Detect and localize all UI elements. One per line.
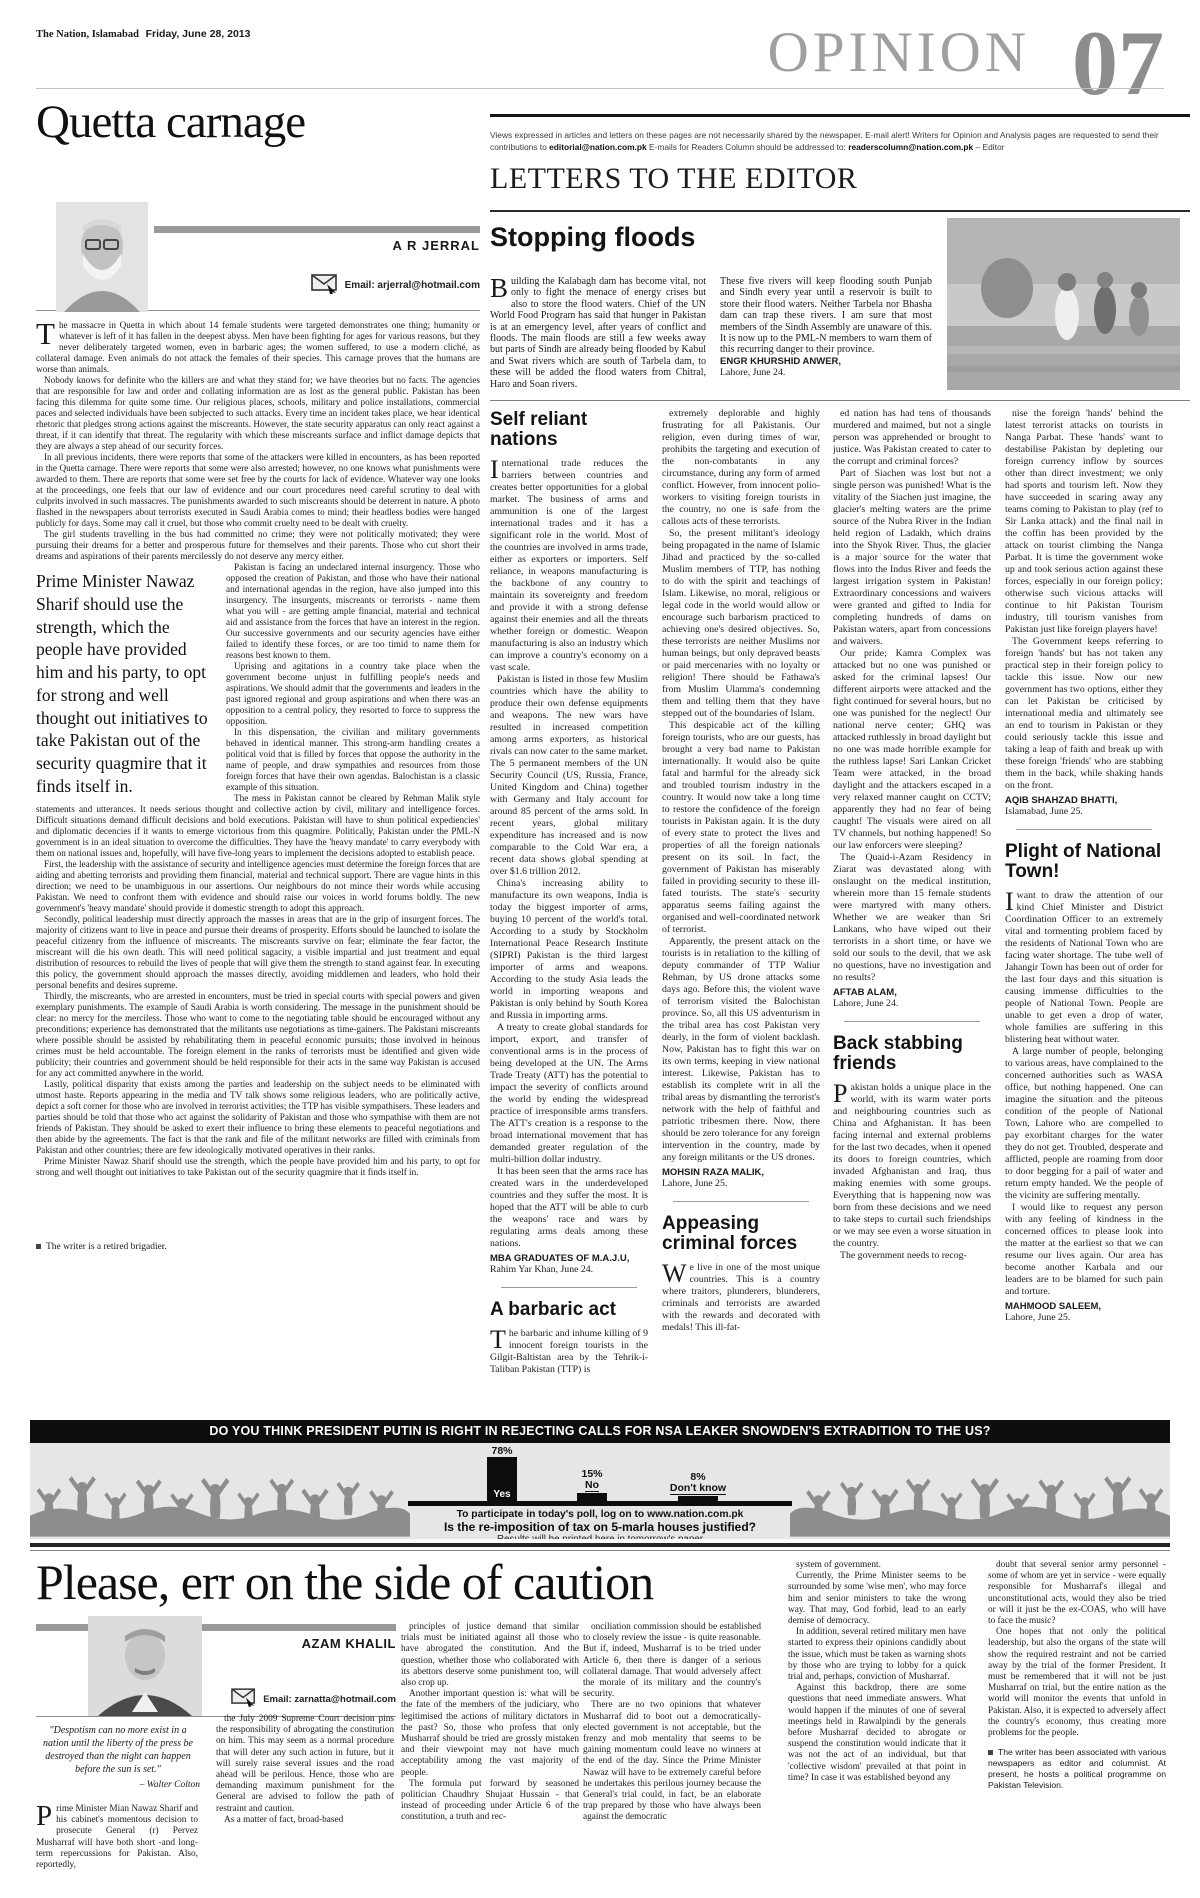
paragraph: principles of justice demand that simila… — [401, 1622, 579, 1689]
square-bullet-icon — [36, 1244, 41, 1249]
poll-bar-group: 15%No — [556, 1469, 628, 1501]
paragraph: As a matter of fact, broad-based — [216, 1815, 394, 1826]
letters-column-1: Self reliant nationsInternational trade … — [490, 408, 648, 1412]
paragraph: In addition, several retired military me… — [788, 1627, 966, 1683]
caution-column-3: principles of justice demand that simila… — [401, 1622, 579, 1898]
paragraph: The massacre in Quetta in which about 14… — [36, 320, 480, 375]
letters-column-3: ed nation has had tens of thousands murd… — [833, 408, 991, 1412]
paragraph: doubt that several senior army personnel… — [988, 1560, 1166, 1627]
email-icon — [311, 274, 339, 297]
poll-participate-note: To participate in today's poll, log on t… — [408, 1509, 792, 1520]
letters-mid-rule — [490, 400, 1190, 401]
paragraph: There are no two opinions that whatever … — [583, 1700, 761, 1823]
letter-signature: MOHSIN RAZA MALIK, — [662, 1167, 820, 1178]
epigraph-attribution: – Walter Colton — [36, 1779, 200, 1792]
editorial-disclaimer: Views expressed in articles and letters … — [490, 130, 1190, 153]
author-photo-khalil — [88, 1616, 202, 1716]
paragraph: Lastly, political disparity that exists … — [36, 1079, 480, 1156]
poll-banner: DO YOU THINK PRESIDENT PUTIN IS RIGHT IN… — [30, 1420, 1170, 1539]
paragraph: Another important question is: what will… — [401, 1689, 579, 1779]
paragraph: A large number of people, belonging to v… — [1005, 1046, 1163, 1202]
letter-signature: AFTAB ALAM, — [833, 987, 991, 998]
article-headline: Please, err on the side of caution — [36, 1556, 781, 1609]
article-quetta-carnage: Quetta carnage A R JERRAL Em — [36, 98, 480, 1260]
poll-bar-group: 78%Yes — [466, 1446, 538, 1501]
crowd-silhouette-right — [790, 1443, 1170, 1539]
caution-column-6: doubt that several senior army personnel… — [988, 1560, 1166, 1898]
author-name: A R JERRAL — [392, 238, 480, 253]
readers-column-email: readerscolumn@nation.com.pk — [848, 142, 973, 152]
flood-photo — [947, 218, 1180, 390]
section-divider-rule — [30, 1543, 1170, 1547]
letter-signature-place: Lahore, June 25. — [1005, 1312, 1163, 1323]
letter-heading: Appeasing criminal forces — [662, 1214, 820, 1254]
poll-bar-label: Yes — [487, 1489, 517, 1500]
paragraph: ed nation has had tens of thousands murd… — [833, 408, 991, 468]
paragraph: Nobody knows for definite who the killer… — [36, 375, 480, 452]
paragraph: Our pride; Kamra Complex was attacked bu… — [833, 648, 991, 852]
letter-heading: A barbaric act — [490, 1300, 648, 1320]
paragraph: Currently, the Prime Minister seems to b… — [788, 1571, 966, 1627]
issue-date: Friday, June 28, 2013 — [146, 28, 251, 40]
paragraph: Part of Siachen was lost but not a singl… — [833, 468, 991, 648]
paragraph: The barbaric and inhume killing of 9 inn… — [490, 1328, 648, 1376]
paragraph: The Government keeps referring to foreig… — [1005, 636, 1163, 792]
paragraph: the July 2009 Supreme Court decision pin… — [216, 1714, 394, 1815]
writer-footnote: The writer has been associated with vari… — [988, 1747, 1166, 1791]
caution-column-2: the July 2009 Supreme Court decision pin… — [216, 1714, 394, 1898]
author-photo-jerral — [56, 202, 148, 312]
letter-divider — [673, 1201, 809, 1202]
epigraph-quote: "Despotism can no more exist in a nation… — [36, 1724, 200, 1792]
poll-bar-label: Don't know — [670, 1483, 726, 1495]
letter-heading: Self reliant nations — [490, 410, 648, 450]
letter-heading: Back stabbing friends — [833, 1034, 991, 1074]
poll-bar — [577, 1493, 607, 1501]
letter-signature-place: Islamabad, June 25. — [1005, 806, 1163, 817]
poll-bar-group: 8%Don't know — [646, 1472, 750, 1501]
section-divider-rule-thin — [30, 1550, 1170, 1551]
letters-title: LETTERS TO THE EDITOR — [490, 162, 857, 196]
article-headline: Quetta carnage — [36, 98, 480, 147]
paragraph: Prime Minister Mian Nawaz Sharif and his… — [36, 1804, 198, 1871]
writer-footnote: The writer is a retired brigadier. — [36, 1242, 167, 1252]
poll-bar: Yes — [487, 1457, 517, 1501]
letter-signature: AQIB SHAHZAD BHATTI, — [1005, 795, 1163, 806]
poll-bar-chart: 78%Yes15%No8%Don't know — [408, 1445, 792, 1501]
paragraph: system of government. — [788, 1560, 966, 1571]
poll-bar-value: 78% — [491, 1446, 512, 1457]
paragraph: The government needs to recog- — [833, 1250, 991, 1262]
poll-bar — [678, 1496, 718, 1501]
caution-column-5: system of government.Currently, the Prim… — [788, 1560, 966, 1898]
lead-letter-column-1: Building the Kalabagh dam has become vit… — [490, 276, 706, 398]
poll-band: 78%Yes15%No8%Don't know To participate i… — [30, 1443, 1170, 1539]
crowd-silhouette-left — [30, 1443, 410, 1539]
paragraph: This despicable act of the killing forei… — [662, 720, 820, 936]
paragraph: International trade reduces the barriers… — [490, 458, 648, 674]
paragraph: Thirdly, the miscreants, who are arreste… — [36, 991, 480, 1079]
masthead: The Nation, Islamabad Friday, June 28, 2… — [36, 28, 250, 40]
header-rule — [36, 88, 1164, 89]
author-email: Email: arjerral@hotmail.com — [345, 280, 480, 291]
poll-tomorrow-question: Is the re-imposition of tax on 5-marla h… — [408, 1520, 792, 1534]
paragraph: The mess in Pakistan cannot be cleared b… — [36, 793, 480, 859]
paragraph: I want to draw the attention of our kind… — [1005, 890, 1163, 1046]
article-body: The massacre in Quetta in which about 14… — [36, 320, 480, 1220]
paragraph: Prime Minister Nawaz Sharif should use t… — [36, 1156, 480, 1178]
letters-section: Views expressed in articles and letters … — [490, 110, 1190, 1412]
paragraph: So, the present militant's ideology bein… — [662, 528, 820, 720]
caution-column-4: onciliation commission should be establi… — [583, 1622, 761, 1898]
paper-name: The Nation, Islamabad — [36, 29, 139, 40]
author-email: Email: zarnatta@hotmail.com — [263, 1694, 396, 1705]
letters-top-rule — [490, 114, 1190, 117]
paragraph: Apparently, the present attack on the to… — [662, 936, 820, 1164]
caution-column-6-paras: doubt that several senior army personnel… — [988, 1560, 1166, 1739]
letter-divider — [501, 1287, 637, 1288]
paragraph: Against this backdrop, there are some qu… — [788, 1683, 966, 1784]
paragraph: Pakistan is listed in those few Muslim c… — [490, 674, 648, 878]
paragraph: The Quaid-i-Azam Residency in Ziarat was… — [833, 852, 991, 984]
article-err-caution: Please, err on the side of caution AZAM … — [36, 1556, 1166, 1898]
letter-divider — [844, 1021, 980, 1022]
paragraph: extremely deplorable and highly frustrat… — [662, 408, 820, 528]
letter-signature-place: Lahore, June 24. — [720, 367, 932, 378]
paragraph: One hopes that not only the political le… — [988, 1627, 1166, 1739]
paragraph: A treaty to create global standards for … — [490, 1022, 648, 1166]
letters-column-4: nise the foreign 'hands' behind the late… — [1005, 408, 1163, 1412]
author-email-row: Email: arjerral@hotmail.com — [311, 274, 480, 297]
poll-center: 78%Yes15%No8%Don't know To participate i… — [408, 1445, 792, 1539]
paragraph: nise the foreign 'hands' behind the late… — [1005, 408, 1163, 636]
letter-signature: MBA GRADUATES OF M.A.J.U, — [490, 1253, 648, 1264]
page-number: 07 — [1072, 26, 1164, 101]
author-strip-bar — [154, 226, 480, 233]
paragraph: The girl students travelling in the bus … — [36, 529, 480, 562]
article-paragraphs: The massacre in Quetta in which about 14… — [36, 320, 480, 562]
author-name: AZAM KHALIL — [216, 1636, 396, 1651]
editorial-email: editorial@nation.com.pk — [549, 142, 647, 152]
email-icon — [231, 1688, 257, 1710]
letters-column-2: extremely deplorable and highly frustrat… — [662, 408, 820, 1412]
paragraph: China's increasing ability to manufactur… — [490, 878, 648, 1022]
paragraph: onciliation commission should be establi… — [583, 1622, 761, 1700]
author-email-row: Email: zarnatta@hotmail.com — [186, 1688, 396, 1710]
poll-results-note: Results will be printed here in tomorrow… — [408, 1534, 792, 1539]
letter-heading: Plight of National Town! — [1005, 842, 1163, 882]
newspaper-page: The Nation, Islamabad Friday, June 28, 2… — [0, 0, 1200, 1898]
paragraph: The formula put forward by seasoned poli… — [401, 1779, 579, 1824]
poll-bar-label: No — [585, 1480, 599, 1492]
paragraph: In all previous incidents, there were re… — [36, 452, 480, 529]
poll-chart-baseline — [408, 1501, 792, 1506]
pull-quote: Prime Minister Nawaz Sharif should use t… — [36, 570, 214, 798]
square-bullet-icon — [988, 1750, 993, 1755]
paragraph: Secondly, political leadership must dire… — [36, 914, 480, 991]
letter-signature-place: Lahore, June 25. — [662, 1178, 820, 1189]
lead-letter-heading: Stopping floods — [490, 222, 695, 253]
caution-column-1: Prime Minister Mian Nawaz Sharif and his… — [36, 1804, 198, 1898]
paragraph: First, the leadership with the assistanc… — [36, 859, 480, 914]
paragraph: It has been seen that the arms race has … — [490, 1166, 648, 1250]
letter-divider — [1016, 829, 1152, 830]
letter-signature-place: Rahim Yar Khan, June 24. — [490, 1264, 648, 1275]
poll-question: DO YOU THINK PRESIDENT PUTIN IS RIGHT IN… — [30, 1420, 1170, 1443]
letter-signature: MAHMOOD SALEEM, — [1005, 1301, 1163, 1312]
section-title: OPINION — [768, 24, 1030, 81]
paragraph: I would like to request any person with … — [1005, 1202, 1163, 1298]
paragraph: We live in one of the most unique countr… — [662, 1262, 820, 1334]
letter-signature-place: Lahore, June 24. — [833, 998, 991, 1009]
letters-title-rule — [490, 210, 1190, 212]
paragraph: Pakistan holds a unique place in the wor… — [833, 1082, 991, 1250]
lead-letter-column-2: These five rivers will keep flooding sou… — [720, 276, 932, 398]
letter-signature: ENGR KHURSHID ANWER, — [720, 356, 932, 367]
